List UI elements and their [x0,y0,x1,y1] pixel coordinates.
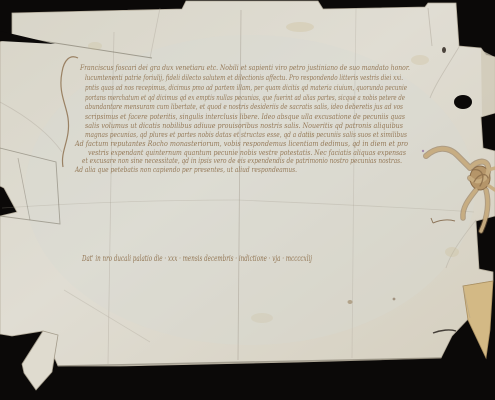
manuscript-line: scripsimus et facere poteritis, singulis… [85,112,405,121]
manuscript-line: Franciscus foscari dei gra dux venetiaru… [79,63,410,72]
manuscript-dateline: Dat' in nro ducali palatio die · xxx · m… [81,254,312,263]
right-fold-edge [481,50,495,116]
photo-of-parchment-charter: Franciscus foscari dei gra dux venetiaru… [0,0,495,400]
manuscript-line: abundantare mensuram cum libertate, et q… [85,102,403,111]
manuscript-line: et excusare non sine necessitate, qd in … [82,156,402,165]
manuscript-photo: Franciscus foscari dei gra dux venetiaru… [0,0,495,400]
manuscript-line: magnas pecunias, qd plures et partes nob… [85,130,407,139]
manuscript-line: portans merchatum et qd dicimus qd ex em… [85,93,405,102]
manuscript-line: pntis quas ad nos recepimus, dicimus pmo… [85,83,407,92]
manuscript-line: lucumtenenti patrie foriulij, fideli dil… [85,73,403,82]
parchment-hole [454,95,472,109]
manuscript-line: Ad alia que petebatis non capiendo per p… [74,165,297,174]
manuscript-line: salis volumus ut dicatis nobilibus adiuu… [85,121,403,130]
manuscript-line: Ad factum reputantes Rocho monasteriorum… [74,139,408,148]
purple-ink-speck [422,150,424,152]
